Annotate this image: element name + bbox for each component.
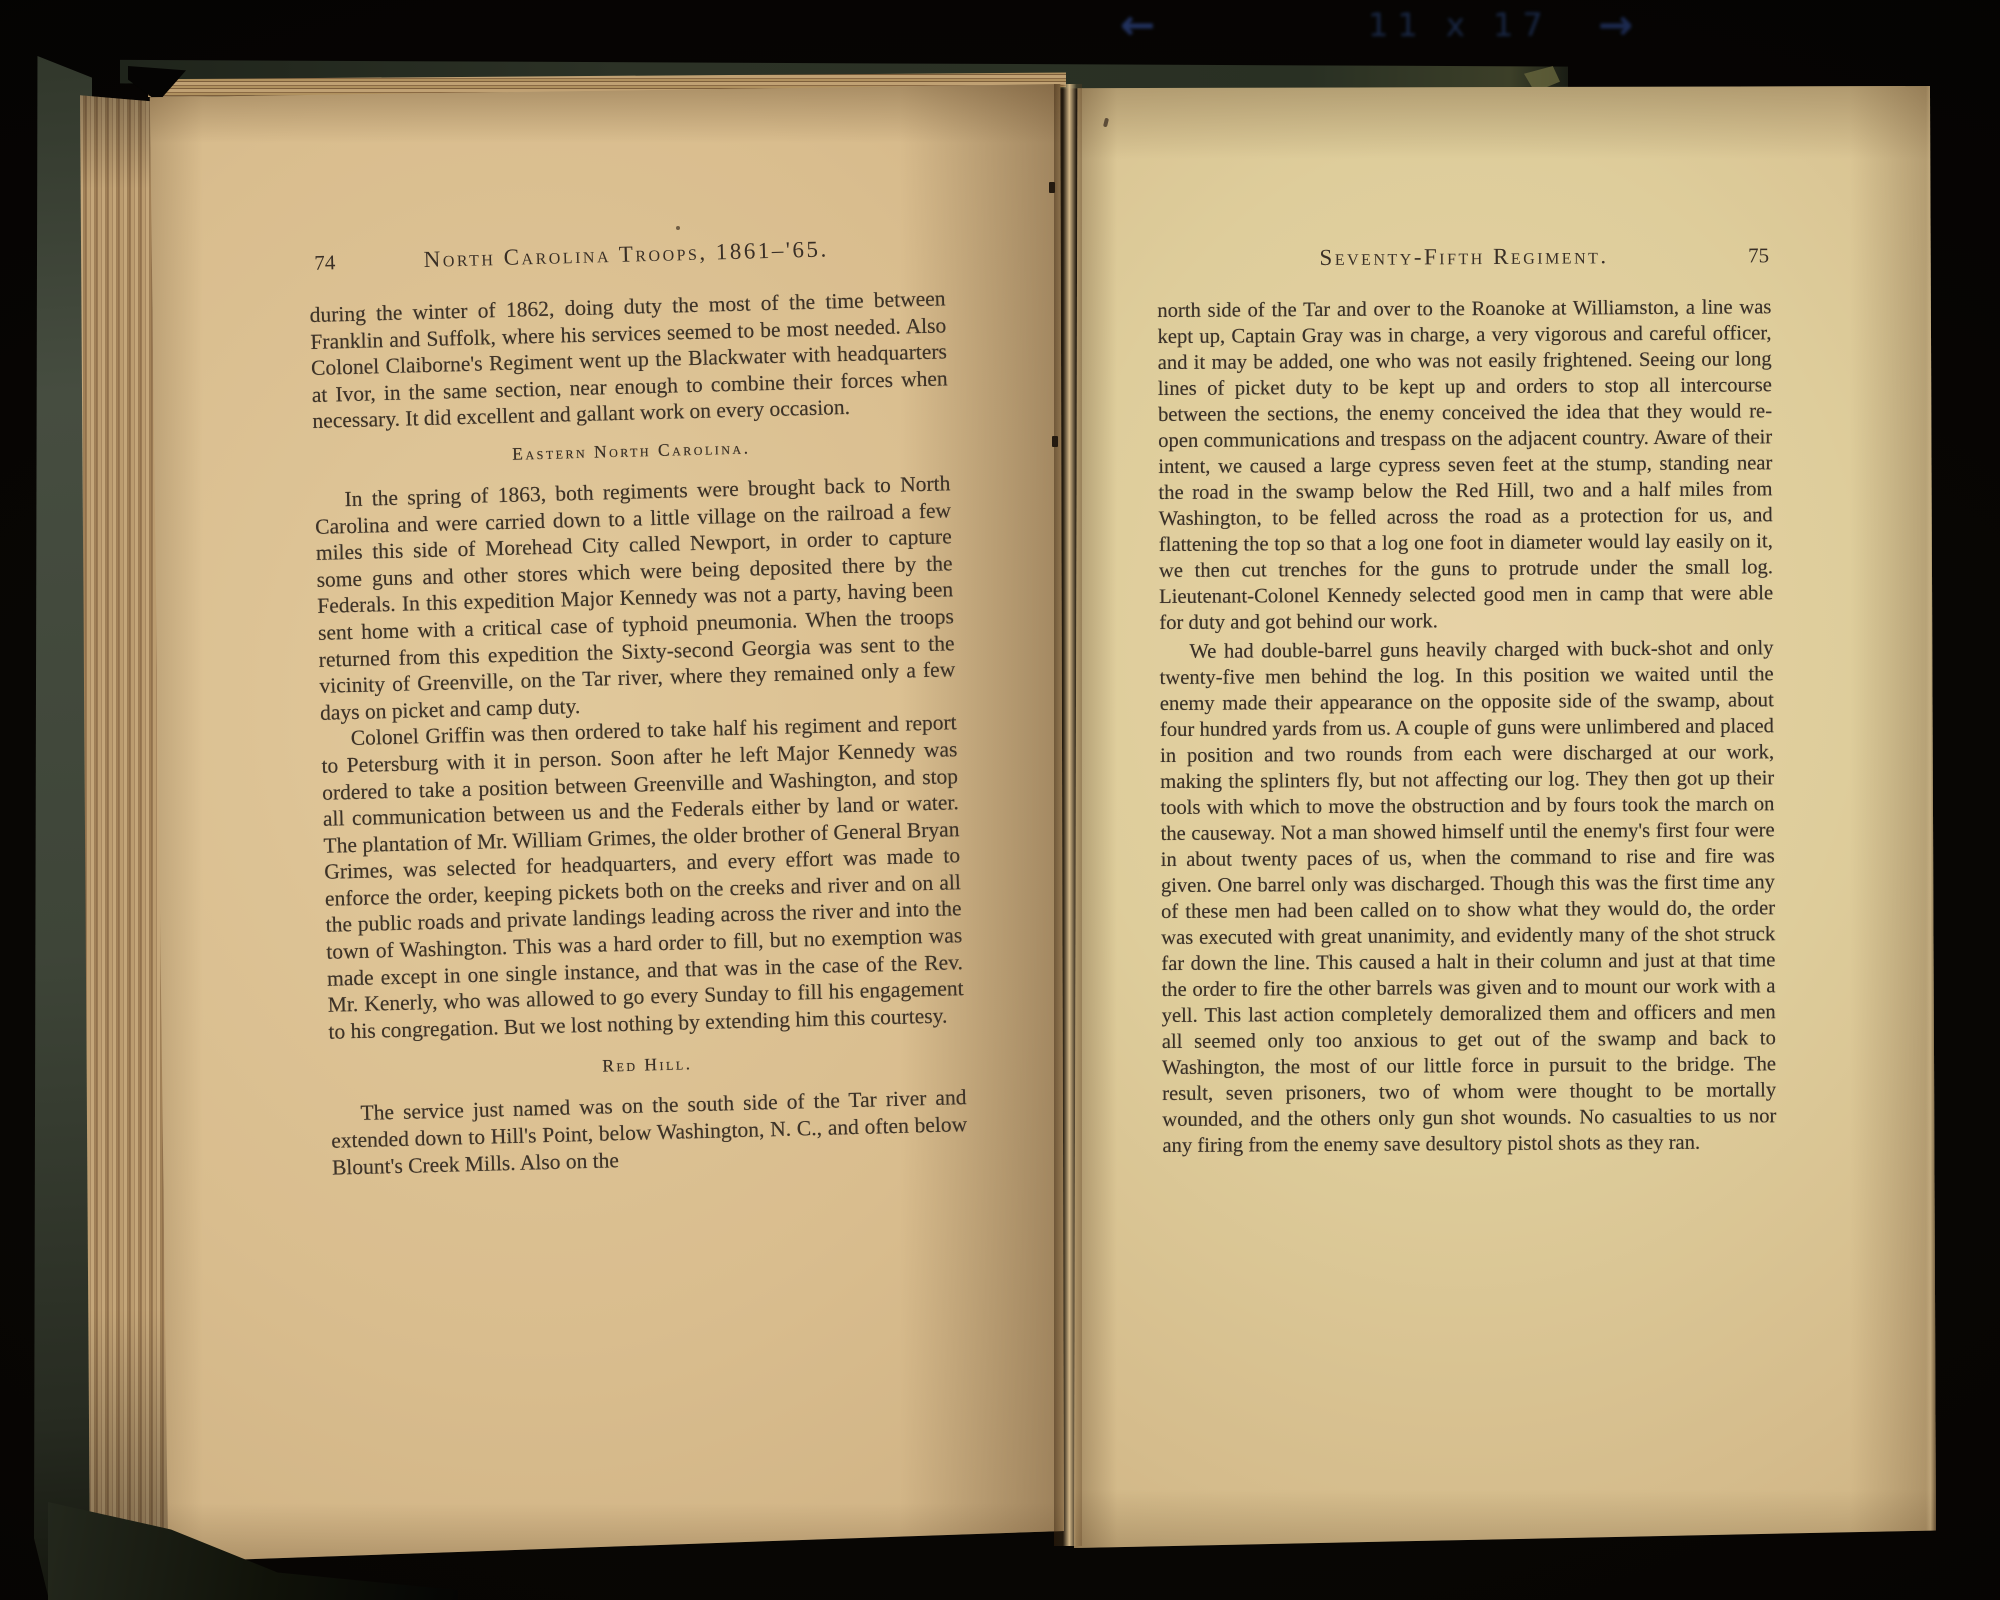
- left-arrow-icon: ←: [1120, 0, 1155, 49]
- right-page-text-block: Seventy-Fifth Regiment. 75 north side of…: [1157, 242, 1777, 1159]
- paragraph: We had double-barrel guns heavily charge…: [1159, 635, 1776, 1159]
- scan-size-label: 11 x 17: [1368, 6, 1552, 44]
- left-page-header: 74 North Carolina Troops, 1861–'65.: [308, 233, 944, 276]
- dust-speck: [676, 226, 680, 230]
- section-heading-red-hill: Red Hill.: [329, 1047, 965, 1085]
- book-gutter: [1054, 84, 1082, 1546]
- paragraph: during the winter of 1862, doing duty th…: [309, 285, 948, 435]
- right-arrow-icon: →: [1598, 0, 1633, 49]
- right-page-header: Seventy-Fifth Regiment. 75: [1157, 242, 1771, 272]
- left-page: 74 North Carolina Troops, 1861–'65. duri…: [148, 84, 1064, 1562]
- paragraph: In the spring of 1863, both regiments we…: [314, 470, 956, 726]
- right-page-number: 75: [1748, 243, 1769, 268]
- binding-stitch: [1052, 436, 1058, 447]
- paragraph: north side of the Tar and over to the Ro…: [1157, 294, 1773, 636]
- scanner-size-marking: ← 11 x 17 →: [1120, 0, 1720, 54]
- left-page-number: 74: [314, 250, 336, 276]
- right-running-header: Seventy-Fifth Regiment.: [1319, 243, 1608, 270]
- left-running-header: North Carolina Troops, 1861–'65.: [423, 236, 829, 272]
- scanner-bed-background: ← 11 x 17 → 74 North Carolina Troops, 18…: [0, 0, 2000, 1600]
- paragraph: Colonel Griffin was then ordered to take…: [320, 710, 964, 1046]
- paragraph: The service just named was on the south …: [330, 1084, 968, 1180]
- binding-stitch: [1049, 182, 1055, 193]
- section-heading-eastern-north-carolina: Eastern North Carolina.: [313, 432, 949, 470]
- left-page-text-block: 74 North Carolina Troops, 1861–'65. duri…: [308, 233, 968, 1181]
- right-page: Seventy-Fifth Regiment. 75 north side of…: [1074, 86, 1936, 1548]
